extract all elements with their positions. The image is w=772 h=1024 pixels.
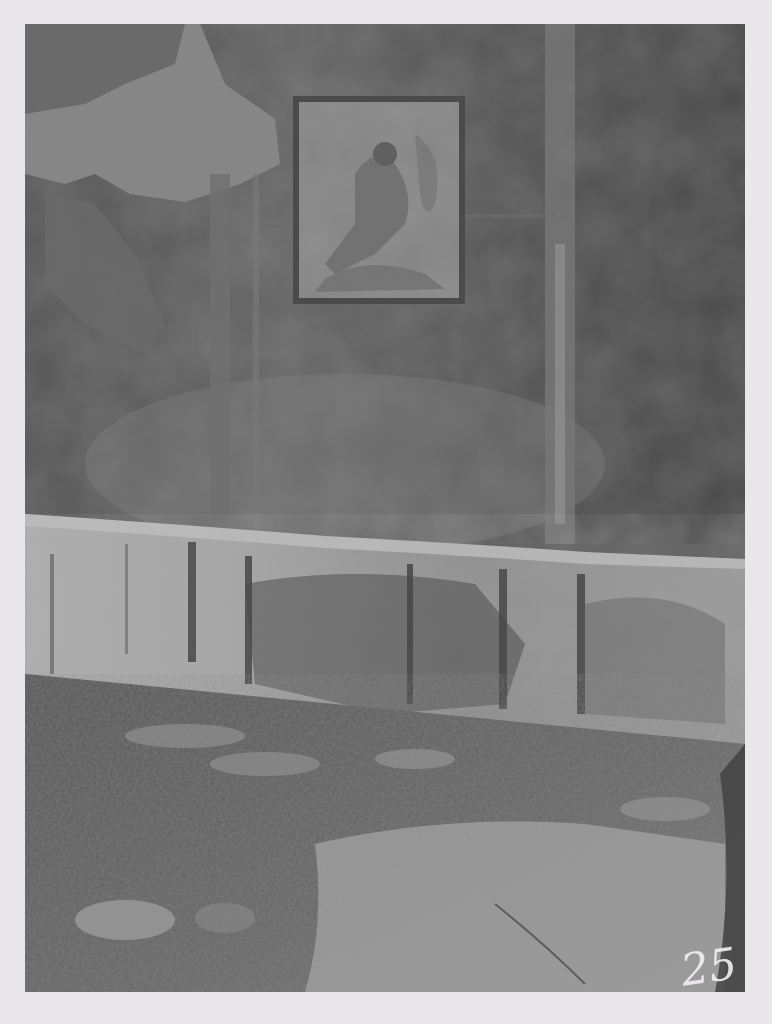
photograph: 25 [25,24,745,992]
handwritten-number: 25 [678,942,740,992]
photo-scene [25,24,745,992]
